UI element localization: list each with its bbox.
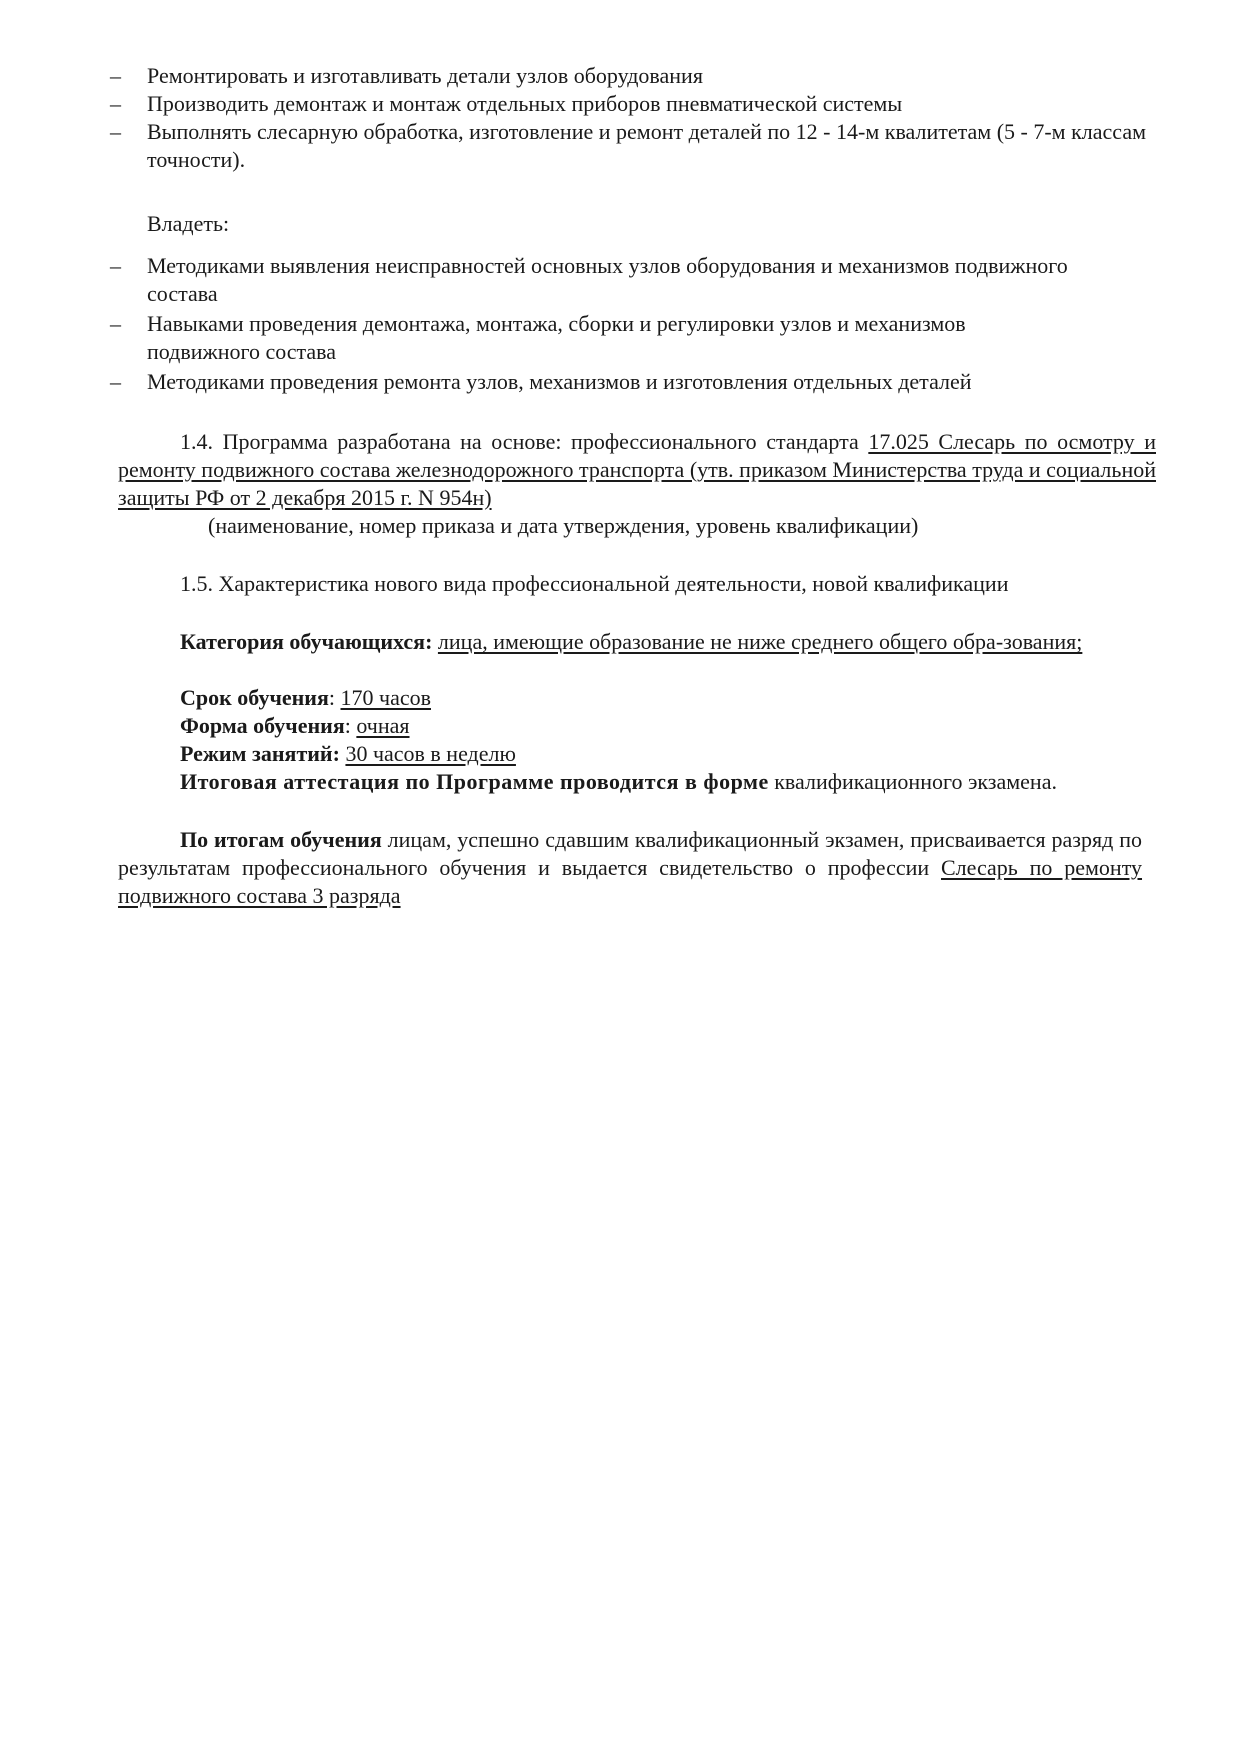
dash-marker: – <box>110 118 146 146</box>
final-label: Итоговая аттестация по Программе проводи… <box>180 769 769 794</box>
list-item-text: Методиками проведения ремонта узлов, мех… <box>147 368 1160 396</box>
document-page: – Ремонтировать и изготавливать детали у… <box>0 0 1242 1755</box>
category-value: лица, имеющие образование не ниже средне… <box>438 629 1082 654</box>
term-label: Срок обучения <box>180 685 329 710</box>
list-item-text: Выполнять слесарную обработка, изготовле… <box>147 118 1160 174</box>
result-label-1: По <box>180 827 208 852</box>
list-item-text: Ремонтировать и изготавливать детали узл… <box>147 62 1160 90</box>
dash-marker: – <box>110 368 146 396</box>
dash-marker: – <box>110 310 146 338</box>
list-item: – Методиками проведения ремонта узлов, м… <box>110 368 1160 396</box>
section-1-5-title: 1.5. Характеристика нового вида професси… <box>180 570 1008 598</box>
final-value: квалификационного экзамена. <box>774 769 1057 794</box>
mode-label: Режим занятий: <box>180 741 340 766</box>
term-value: 170 часов <box>341 685 431 710</box>
list-item-text: Методиками выявления неисправностей осно… <box>147 252 1070 308</box>
list-item: – Выполнять слесарную обработка, изготов… <box>110 118 1160 174</box>
mode-field: Режим занятий: 30 часов в неделю <box>180 740 516 768</box>
category-label: Категория обучающихся: <box>180 629 432 654</box>
standard-caption: (наименование, номер приказа и дата утве… <box>208 512 918 540</box>
category-field: Категория обучающихся: лица, имеющие обр… <box>118 628 1142 656</box>
dash-marker: – <box>110 252 146 280</box>
dash-marker: – <box>110 62 146 90</box>
dash-marker: – <box>110 90 146 118</box>
section-1-4-prefix: 1.4. Программа разработана на основе: пр… <box>180 429 868 454</box>
mode-value: 30 часов в неделю <box>345 741 516 766</box>
form-field: Форма обучения: очная <box>180 712 410 740</box>
list-item: – Производить демонтаж и монтаж отдельны… <box>110 90 1160 118</box>
training-result: По итогам обучения лицам, успешно сдавши… <box>118 826 1142 910</box>
own-heading: Владеть: <box>147 210 229 238</box>
list-item-text: Навыками проведения демонтажа, монтажа, … <box>147 310 1070 366</box>
list-item-text: Производить демонтаж и монтаж отдельных … <box>147 90 1160 118</box>
list-item: – Методиками выявления неисправностей ос… <box>110 252 1070 308</box>
final-attestation: Итоговая аттестация по Программе проводи… <box>118 768 1142 796</box>
list-item: – Навыками проведения демонтажа, монтажа… <box>110 310 1070 366</box>
result-label-2: итогам обучения <box>214 827 382 852</box>
section-1-4: 1.4. Программа разработана на основе: пр… <box>118 428 1156 512</box>
list-item: – Ремонтировать и изготавливать детали у… <box>110 62 1160 90</box>
term-field: Срок обучения: 170 часов <box>180 684 431 712</box>
form-label: Форма обучения <box>180 713 345 738</box>
form-value: очная <box>356 713 409 738</box>
